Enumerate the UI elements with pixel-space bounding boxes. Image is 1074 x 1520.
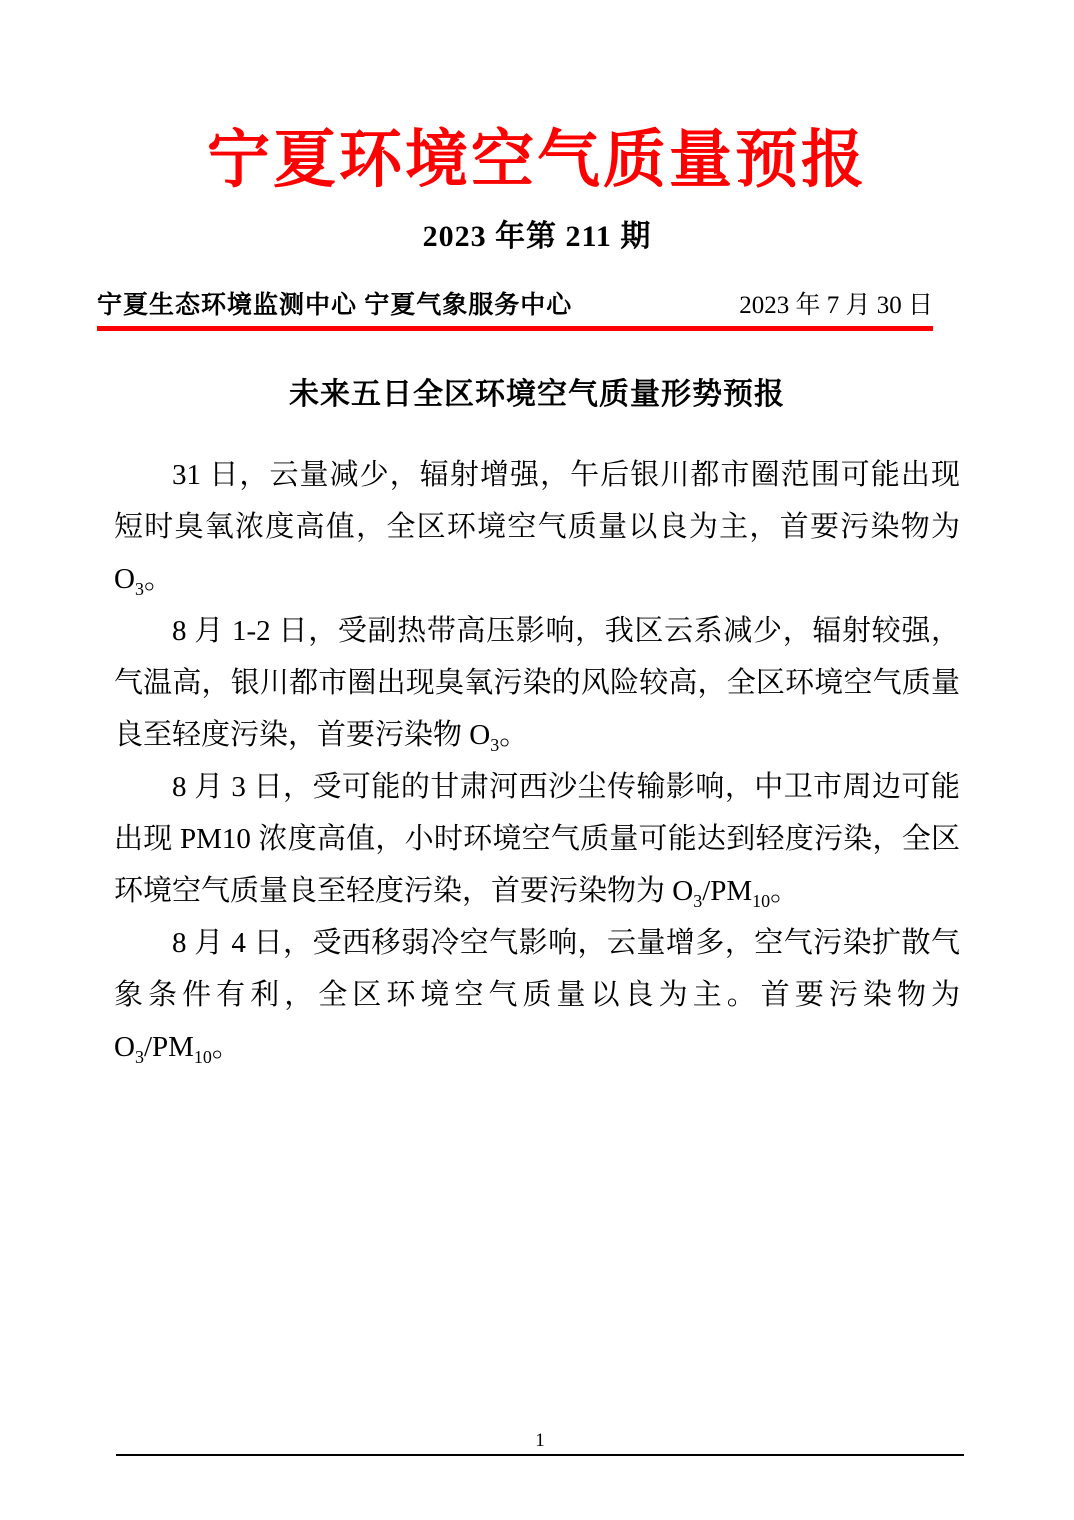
masthead-row: 宁夏生态环境监测中心 宁夏气象服务中心 2023 年 7 月 30 日 xyxy=(97,285,933,321)
forecast-paragraph-2: 8 月 1-2 日，受副热带高压影响，我区云系减少，辐射较强，气温高，银川都市圈… xyxy=(114,605,960,761)
forecast-body: 31 日，云量减少，辐射增强，午后银川都市圈范围可能出现短时臭氧浓度高值，全区环… xyxy=(114,449,960,1073)
footer-rule-divider xyxy=(116,1454,964,1456)
header-rule-divider xyxy=(97,326,933,331)
issue-date: 2023 年 7 月 30 日 xyxy=(739,285,933,321)
page-footer: 1 xyxy=(116,1429,964,1456)
forecast-paragraph-1: 31 日，云量减少，辐射增强，午后银川都市圈范围可能出现短时臭氧浓度高值，全区环… xyxy=(114,449,960,605)
page-number: 1 xyxy=(116,1429,964,1454)
section-title: 未来五日全区环境空气质量形势预报 xyxy=(0,369,1074,413)
publisher-names: 宁夏生态环境监测中心 宁夏气象服务中心 xyxy=(97,285,572,321)
forecast-paragraph-4: 8 月 4 日，受西移弱冷空气影响，云量增多，空气污染扩散气象条件有利，全区环境… xyxy=(114,917,960,1073)
forecast-paragraph-3: 8 月 3 日，受可能的甘肃河西沙尘传输影响，中卫市周边可能出现 PM10 浓度… xyxy=(114,761,960,917)
issue-number: 2023 年第 211 期 xyxy=(0,211,1074,255)
document-title: 宁夏环境空气质量预报 xyxy=(0,126,1074,195)
document-page: 宁夏环境空气质量预报 2023 年第 211 期 宁夏生态环境监测中心 宁夏气象… xyxy=(0,0,1074,1520)
